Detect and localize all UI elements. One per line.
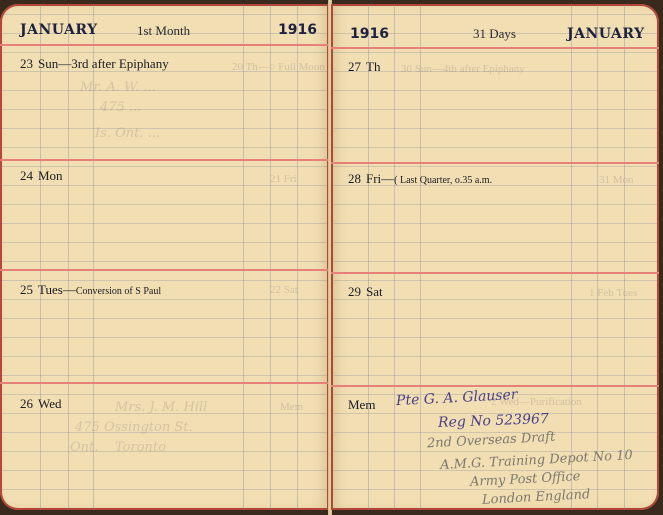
vertical-rule [571,4,572,510]
bleed-through-handwriting: 475 ... [100,100,141,115]
bleed-through-text: 30 Sun—4th after Epiphany [401,63,525,75]
bleed-through-text: Mem [280,401,303,413]
vertical-rule [243,4,244,510]
day-label: Fri— [366,171,394,186]
header-rule [331,47,659,49]
diary-spread: JANUARY 1st Month 1916 20 Th—○ Full Moon… [0,0,663,515]
day-divider [0,159,329,161]
bleed-through-handwriting: 475 Ossington St. [75,420,193,435]
header-subtitle: 1st Month [137,23,190,39]
day-note: Conversion of S Paul [76,286,161,297]
day-divider [331,162,659,164]
day-number: 26 [20,396,33,411]
vertical-rule [394,4,395,510]
header-rule [0,44,329,46]
header-year: 1916 [278,22,317,38]
day-divider [0,269,329,271]
vertical-rule [40,4,41,510]
day-number: 25 [20,282,33,297]
day-label: Wed [38,396,62,411]
day-number: 29 [348,284,361,299]
bleed-through-text: 22 Sat [270,284,298,296]
vertical-rule [597,4,598,510]
vertical-rule [368,4,369,510]
header-subtitle: 31 Days [473,26,516,42]
vertical-rule [624,4,625,510]
bleed-through-text: 21 Fri [270,173,297,185]
day-divider [331,272,659,274]
day-entry: 24Mon [20,168,63,184]
bleed-through-text: 20 Th—○ Full Moon [232,61,325,73]
day-label: Tues— [38,282,76,297]
day-label: Sun—3rd after Epiphany [38,56,169,71]
day-number: 28 [348,171,361,186]
day-entry: 26Wed [20,396,62,412]
day-number: 24 [20,168,33,183]
bleed-through-text: 1 Feb Tues [589,287,637,299]
day-entry: 23Sun—3rd after Epiphany [20,56,169,72]
bleed-through-handwriting: Mrs. J. M. Hill [115,400,207,415]
bleed-through-handwriting: Mr. A. W. ... [80,80,156,95]
vertical-rule [270,4,271,510]
day-entry: 25Tues—Conversion of S Paul [20,282,161,298]
header-month: JANUARY [20,22,98,38]
vertical-rule [420,4,421,510]
bleed-through-text: 31 Mon [599,174,634,186]
day-note: ( Last Quarter, o.35 a.m. [394,175,492,186]
vertical-rule [297,4,298,510]
bleed-through-handwriting: Toronto [115,440,166,455]
day-label: Th [366,59,380,74]
bleed-through-handwriting: Ont. [70,440,98,455]
day-label: Mon [38,168,63,183]
header-month: JANUARY [567,26,645,42]
day-entry: 29Sat [348,284,383,300]
day-entry: 28Fri—( Last Quarter, o.35 a.m. [348,171,492,187]
bleed-through-handwriting: Is. Ont. ... [95,126,160,141]
day-entry: 27Th [348,59,380,75]
header-year: 1916 [350,26,389,42]
day-number: 23 [20,56,33,71]
day-number: 27 [348,59,361,74]
mem-label: Mem [348,397,375,413]
day-divider [0,382,329,384]
vertical-rule [68,4,69,510]
day-divider [331,385,659,387]
day-label: Sat [366,284,383,299]
left-page: JANUARY 1st Month 1916 20 Th—○ Full Moon… [0,4,329,510]
